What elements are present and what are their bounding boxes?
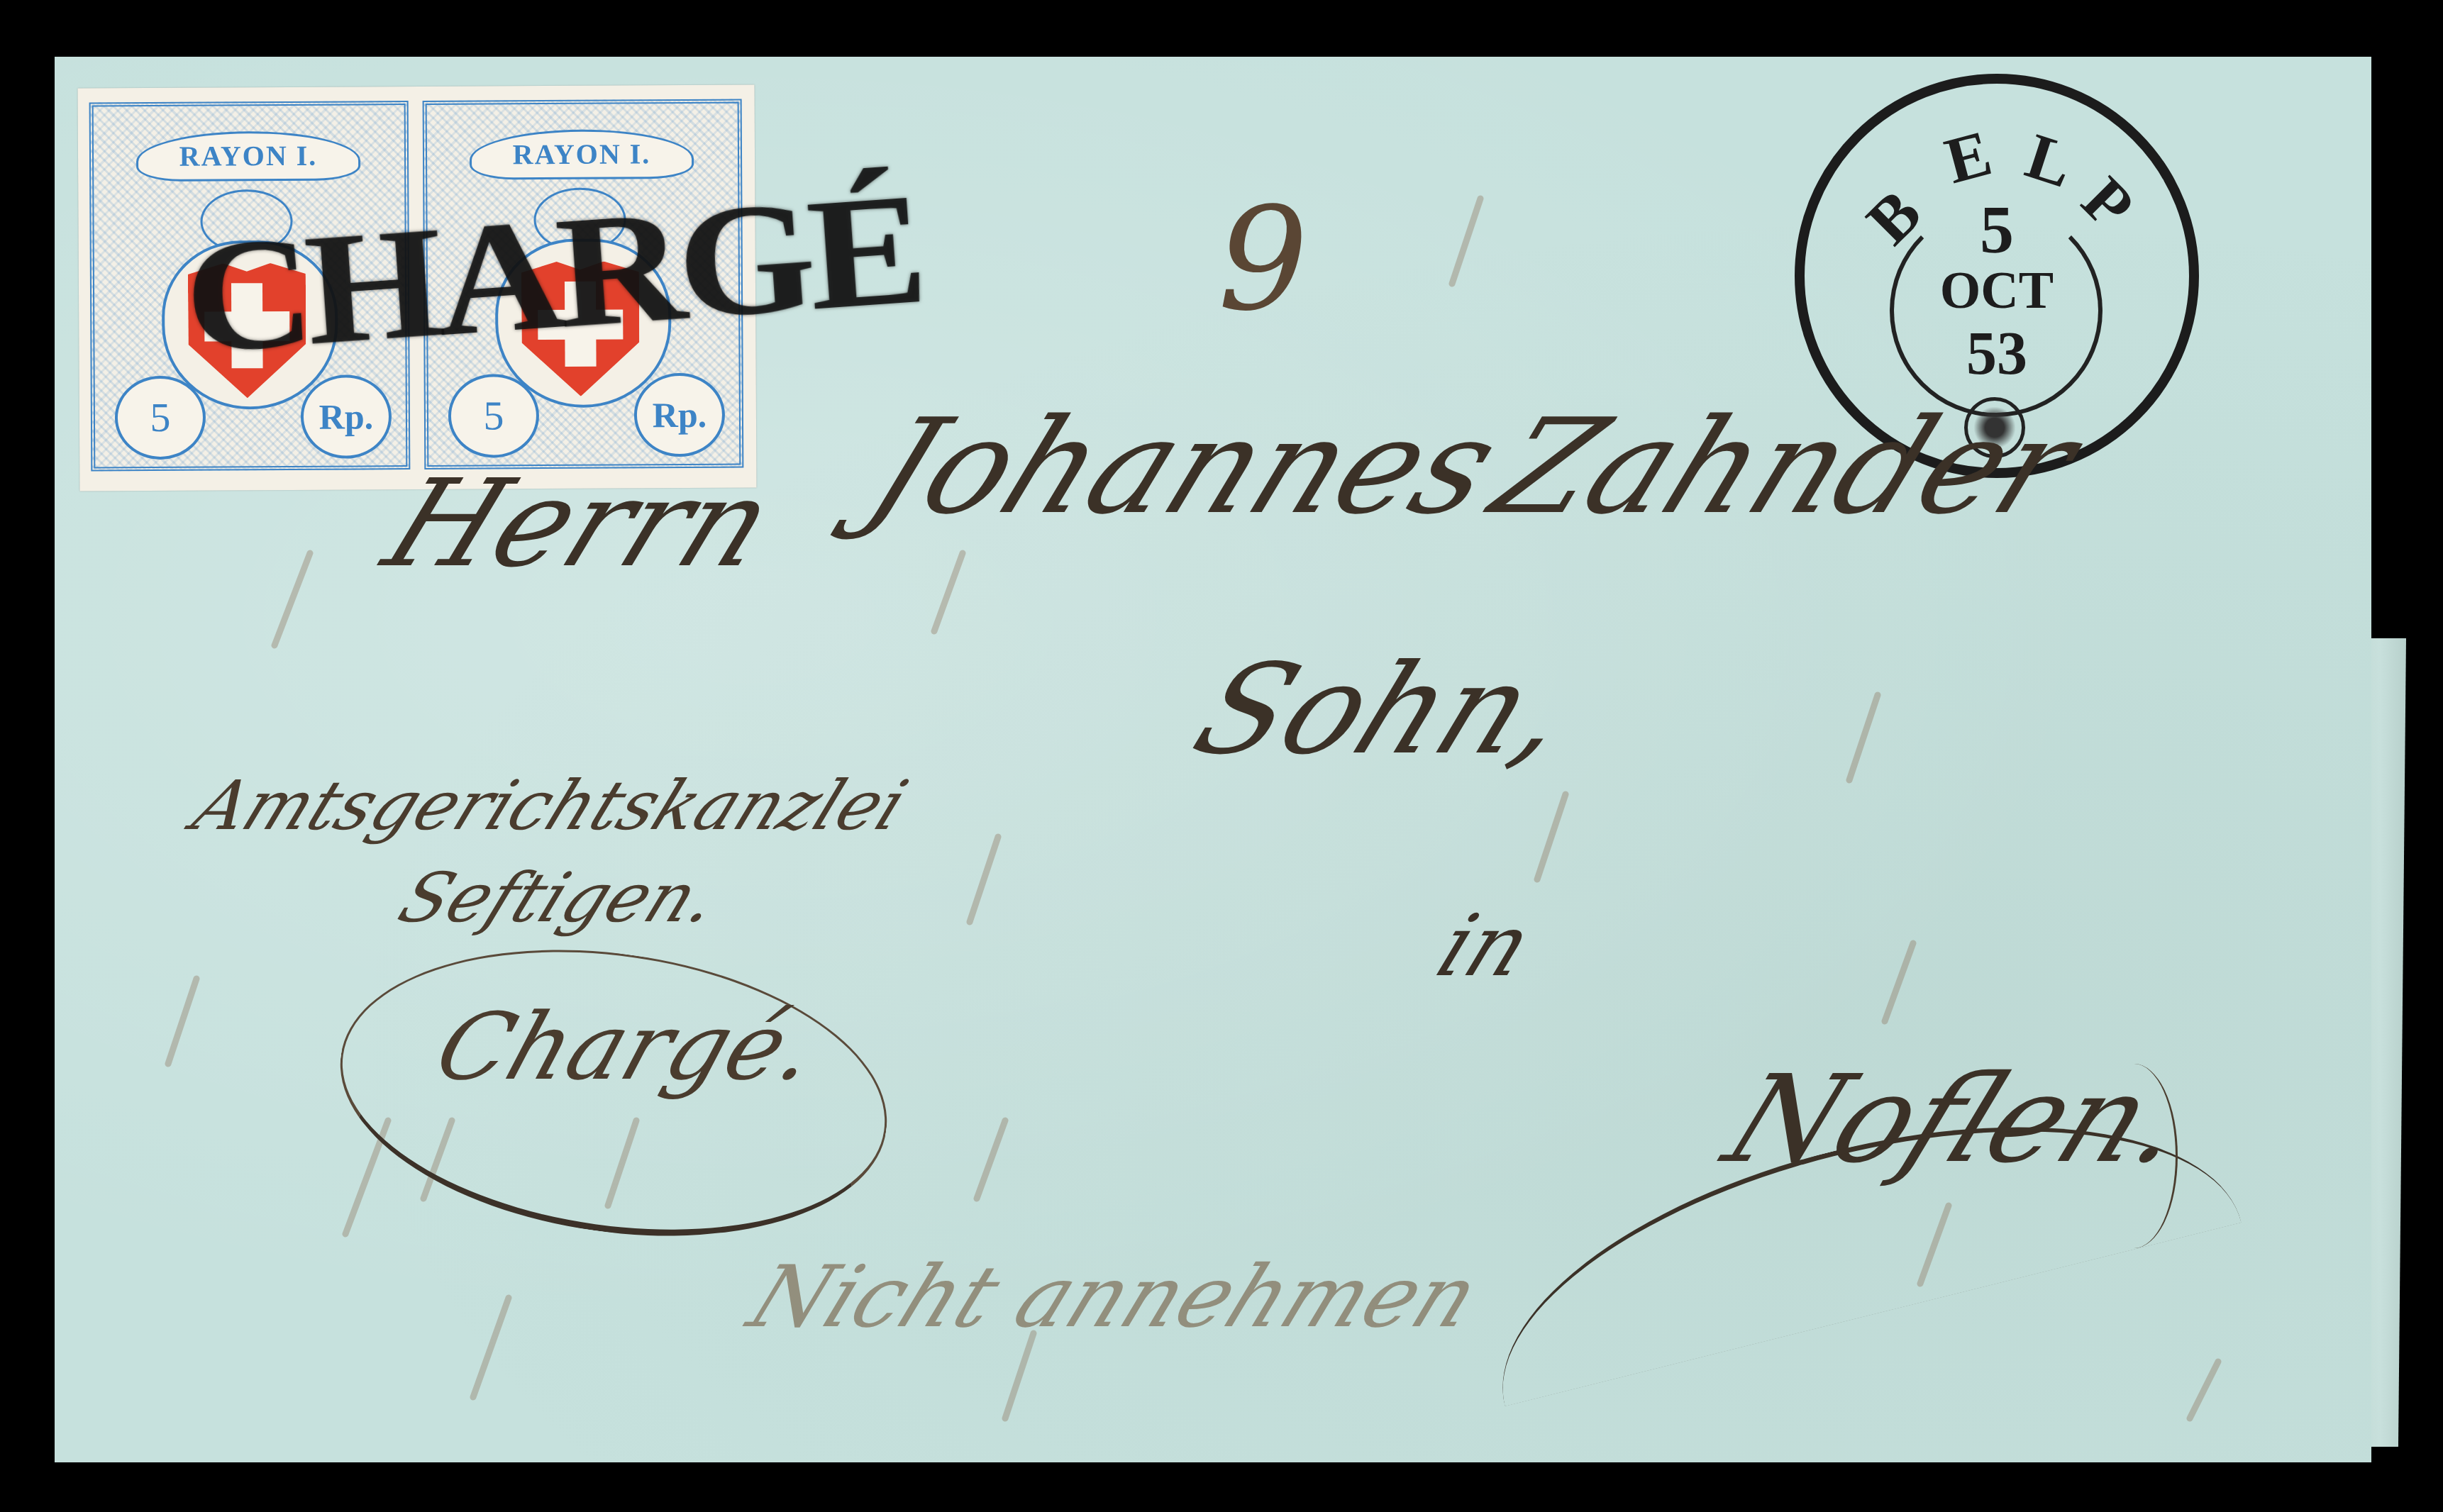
address-salutation: Herrn (367, 454, 793, 594)
date-day: 5 (1805, 190, 2189, 269)
stamp-value: 5 (448, 374, 540, 458)
sender-district: Seftigen. (388, 858, 731, 938)
stamp-currency: Rp. (301, 374, 392, 459)
address-surname: Zahnder (1473, 390, 2098, 543)
town-letter: E (1937, 115, 1999, 199)
letter-sheet: RAYON I. 5 Rp. RAYON I. 5 Rp. CHARGÉ B E (55, 57, 2371, 1462)
address-first-name: Johannes (849, 390, 1519, 543)
address-line-son: Sohn, (1175, 638, 1592, 782)
bottom-note: Nicht annehmen (736, 1248, 1492, 1347)
date-year: 53 (1805, 318, 2189, 389)
stamp-inscription: RAYON I. (470, 129, 694, 180)
sender-office: Amtsgerichtskanzlei (182, 766, 919, 845)
stamp-currency: Rp. (634, 373, 726, 457)
charge-endorsement: Chargé. (423, 993, 831, 1101)
stamp-value: 5 (115, 376, 206, 460)
stamp-inscription: RAYON I. (136, 130, 360, 182)
flourish-loop (2090, 1064, 2178, 1248)
date-month: OCT (1805, 261, 2189, 321)
corner-mark: 9 (1218, 177, 1308, 343)
